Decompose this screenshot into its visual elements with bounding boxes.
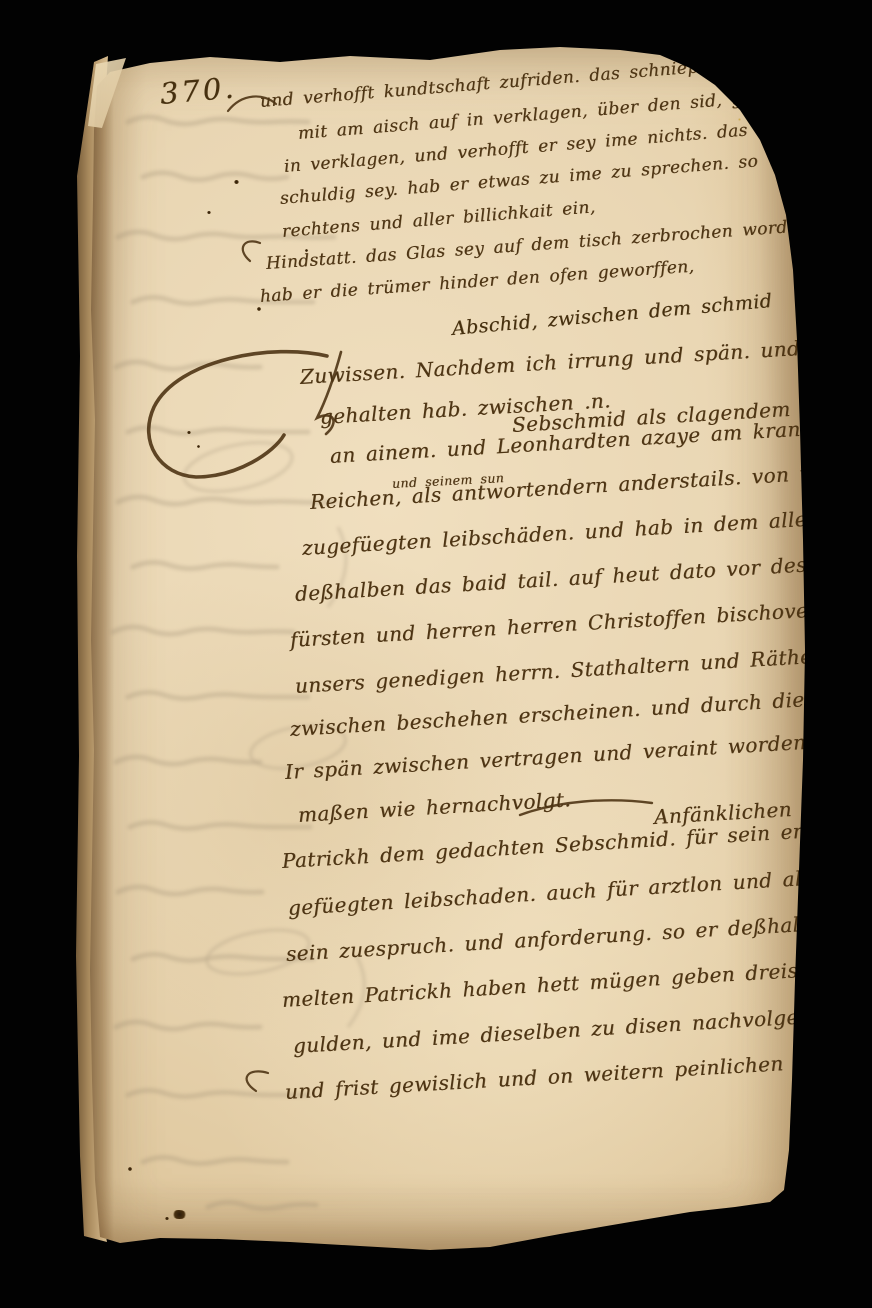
- manuscript-line: zugefüegten leibschäden. und hab in dem …: [301, 504, 856, 560]
- section-heading: Abschid, zwischen dem schmid: [451, 290, 773, 340]
- paper-fleck: [738, 118, 741, 121]
- ink-spot: [257, 307, 261, 311]
- ink-blot: [172, 1210, 187, 1219]
- manuscript-photograph: 370. und verhofft kundtschaft zufriden. …: [0, 0, 872, 1308]
- manuscript-line: gefüegten leibschaden. auch für arztlon …: [287, 862, 872, 920]
- ink-spot: [207, 211, 211, 214]
- ink-spot: [197, 445, 200, 448]
- manuscript-line: maßen wie hernachvolgt.: [297, 787, 571, 827]
- ink-spot: [128, 1167, 132, 1171]
- ink-spot: [165, 1217, 169, 1220]
- ink-spot: [234, 180, 239, 184]
- manuscript-page: 370. und verhofft kundtschaft zufriden. …: [88, 47, 806, 1252]
- handwriting-layer: 370. und verhofft kundtschaft zufriden. …: [88, 47, 806, 1252]
- manuscript-line: und verhofft kundtschaft zufriden. das s…: [259, 39, 872, 111]
- ink-spot: [305, 249, 308, 252]
- page-number: 370.: [159, 70, 238, 111]
- manuscript-line: gulden, und ime dieselben zu disen nachv…: [292, 998, 872, 1058]
- manuscript-line: Zuwissen. Nachdem ich irrung und spän. u…: [299, 330, 872, 389]
- ink-spot: [187, 431, 191, 434]
- manuscript-line: deßhalben das baid tail. auf heut dato v…: [294, 549, 868, 606]
